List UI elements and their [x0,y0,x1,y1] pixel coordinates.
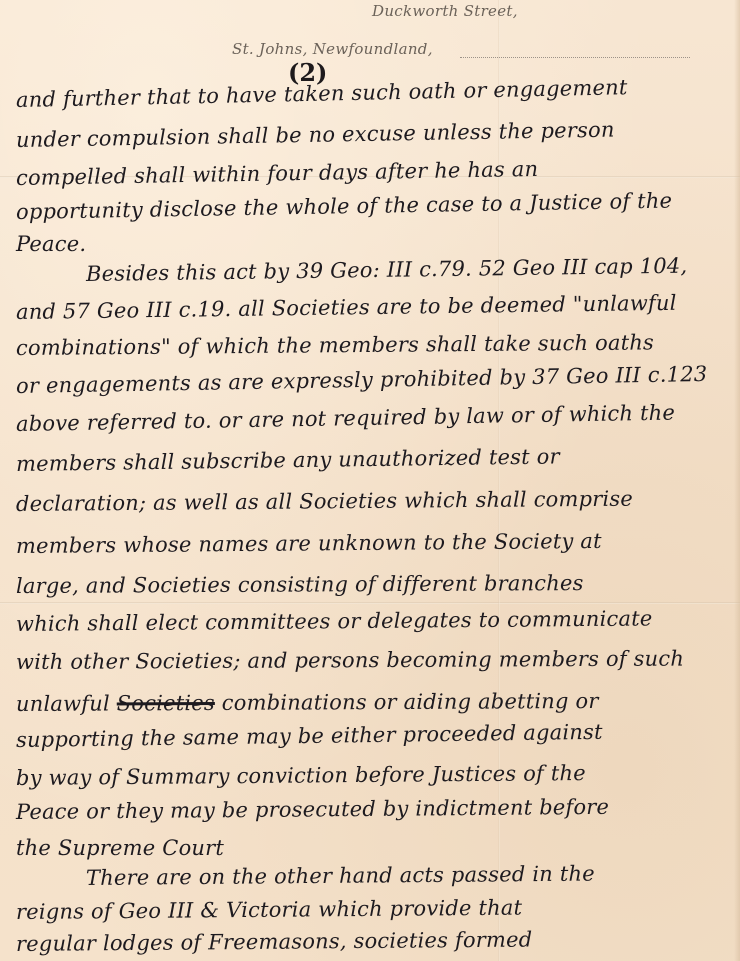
text-line: Peace. [16,232,736,256]
text-segment: unlawful [16,692,110,716]
fold-line [0,602,740,604]
struck-word: Societies [117,691,215,716]
letterhead-street: Duckworth Street, [372,2,518,20]
letterhead-city: St. Johns, Newfoundland, [232,40,433,58]
text-line: with other Societies; and persons becomi… [16,646,736,674]
text-line: large, and Societies consisting of diffe… [16,570,736,598]
text-line: the Supreme Court [16,836,736,860]
text-segment: combinations or aiding abetting or [222,689,599,715]
text-line-with-strikethrough: unlawful Societies combinations or aidin… [16,688,736,716]
date-dotted-line [460,57,690,58]
